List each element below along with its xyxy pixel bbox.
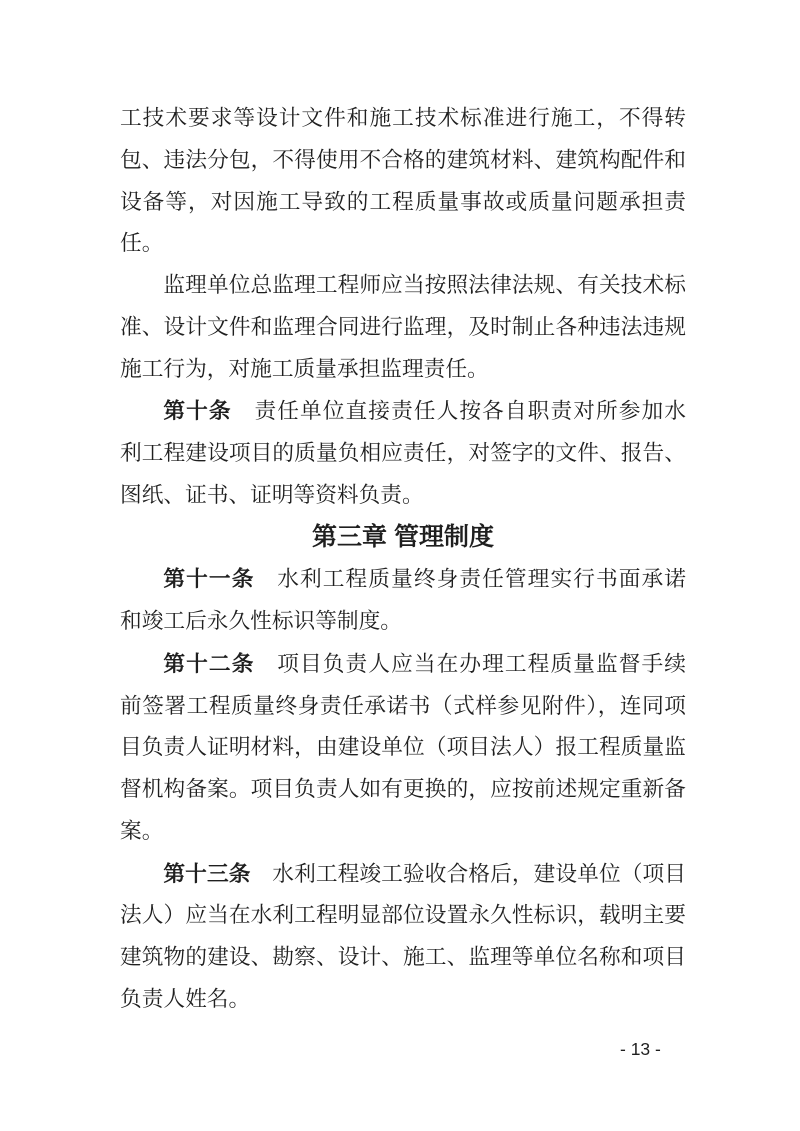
article-12-continuation: 前签署工程质量终身责任承诺书（式样参见附件），连同项目负责人证明材料，由建设单位…	[120, 686, 686, 853]
article-11-continuation: 和竣工后永久性标识等制度。	[120, 601, 686, 643]
text-line: 和竣工后永久性标识等制度。	[120, 601, 686, 643]
article-12-label: 第十二条	[163, 651, 254, 676]
text-line: 任。	[120, 223, 686, 265]
article-10-first-line-text: 责任单位直接责任人按各自职责对所参加水	[232, 399, 686, 423]
paragraph-article-12: 第十二条 项目负责人应当在办理工程质量监督手续 前签署工程质量终身责任承诺书（式…	[120, 643, 686, 853]
article-13-first-line: 第十三条 水利工程竣工验收合格后，建设单位（项目	[120, 853, 686, 896]
article-10-label: 第十条	[163, 398, 231, 423]
text-line: 负责人姓名。	[120, 979, 686, 1021]
text-line: 利工程建设项目的质量负相应责任，对签字的文件、报告、	[120, 433, 686, 475]
text-line: 监理单位总监理工程师应当按照法律法规、有关技术标	[120, 265, 686, 307]
text-line: 建筑物的建设、勘察、设计、施工、监理等单位名称和项目	[120, 937, 686, 979]
text-line: 法人）应当在水利工程明显部位设置永久性标识，载明主要	[120, 895, 686, 937]
article-12-first-line: 第十二条 项目负责人应当在办理工程质量监督手续	[120, 643, 686, 686]
article-13-first-line-text: 水利工程竣工验收合格后，建设单位（项目	[251, 862, 686, 886]
text-line: 准、设计文件和监理合同进行监理，及时制止各种违法违规	[120, 307, 686, 349]
text-line: 前签署工程质量终身责任承诺书（式样参见附件），连同项	[120, 686, 686, 728]
article-13-label: 第十三条	[163, 861, 250, 886]
paragraph-article-11: 第十一条 水利工程质量终身责任管理实行书面承诺 和竣工后永久性标识等制度。	[120, 558, 686, 643]
paragraph-supervision-engineer: 监理单位总监理工程师应当按照法律法规、有关技术标准、设计文件和监理合同进行监理，…	[120, 265, 686, 390]
text-line: 督机构备案。项目负责人如有更换的，应按前述规定重新备	[120, 769, 686, 811]
text-line: 案。	[120, 811, 686, 853]
document-page: 工技术要求等设计文件和施工技术标准进行施工，不得转包、违法分包，不得使用不合格的…	[0, 0, 800, 1131]
text-line: 包、违法分包，不得使用不合格的建筑材料、建筑构配件和	[120, 140, 686, 182]
text-line: 目负责人证明材料，由建设单位（项目法人）报工程质量监	[120, 727, 686, 769]
paragraph-article-10: 第十条 责任单位直接责任人按各自职责对所参加水 利工程建设项目的质量负相应责任，…	[120, 390, 686, 516]
article-10-continuation: 利工程建设项目的质量负相应责任，对签字的文件、报告、图纸、证书、证明等资料负责。	[120, 433, 686, 517]
chapter-heading: 第三章 管理制度	[120, 517, 686, 559]
article-11-first-line: 第十一条 水利工程质量终身责任管理实行书面承诺	[120, 558, 686, 601]
article-10-first-line: 第十条 责任单位直接责任人按各自职责对所参加水	[120, 390, 686, 433]
paragraph-lines: 工技术要求等设计文件和施工技术标准进行施工，不得转包、违法分包，不得使用不合格的…	[120, 98, 686, 265]
paragraph-article-13: 第十三条 水利工程竣工验收合格后，建设单位（项目 法人）应当在水利工程明显部位设…	[120, 853, 686, 1021]
text-line: 施工行为，对施工质量承担监理责任。	[120, 349, 686, 391]
article-13-continuation: 法人）应当在水利工程明显部位设置永久性标识，载明主要建筑物的建设、勘察、设计、施…	[120, 895, 686, 1020]
article-12-first-line-text: 项目负责人应当在办理工程质量监督手续	[254, 652, 686, 676]
page-number: - 13 -	[620, 1039, 661, 1059]
paragraph-lines: 监理单位总监理工程师应当按照法律法规、有关技术标准、设计文件和监理合同进行监理，…	[120, 265, 686, 390]
paragraph-construction-obligations: 工技术要求等设计文件和施工技术标准进行施工，不得转包、违法分包，不得使用不合格的…	[120, 98, 686, 265]
document-text-block: 工技术要求等设计文件和施工技术标准进行施工，不得转包、违法分包，不得使用不合格的…	[120, 98, 686, 1021]
text-line: 工技术要求等设计文件和施工技术标准进行施工，不得转	[120, 98, 686, 140]
text-line: 设备等，对因施工导致的工程质量事故或质量问题承担责	[120, 182, 686, 224]
text-line: 图纸、证书、证明等资料负责。	[120, 475, 686, 517]
article-11-first-line-text: 水利工程质量终身责任管理实行书面承诺	[254, 567, 686, 591]
article-11-label: 第十一条	[163, 566, 254, 591]
